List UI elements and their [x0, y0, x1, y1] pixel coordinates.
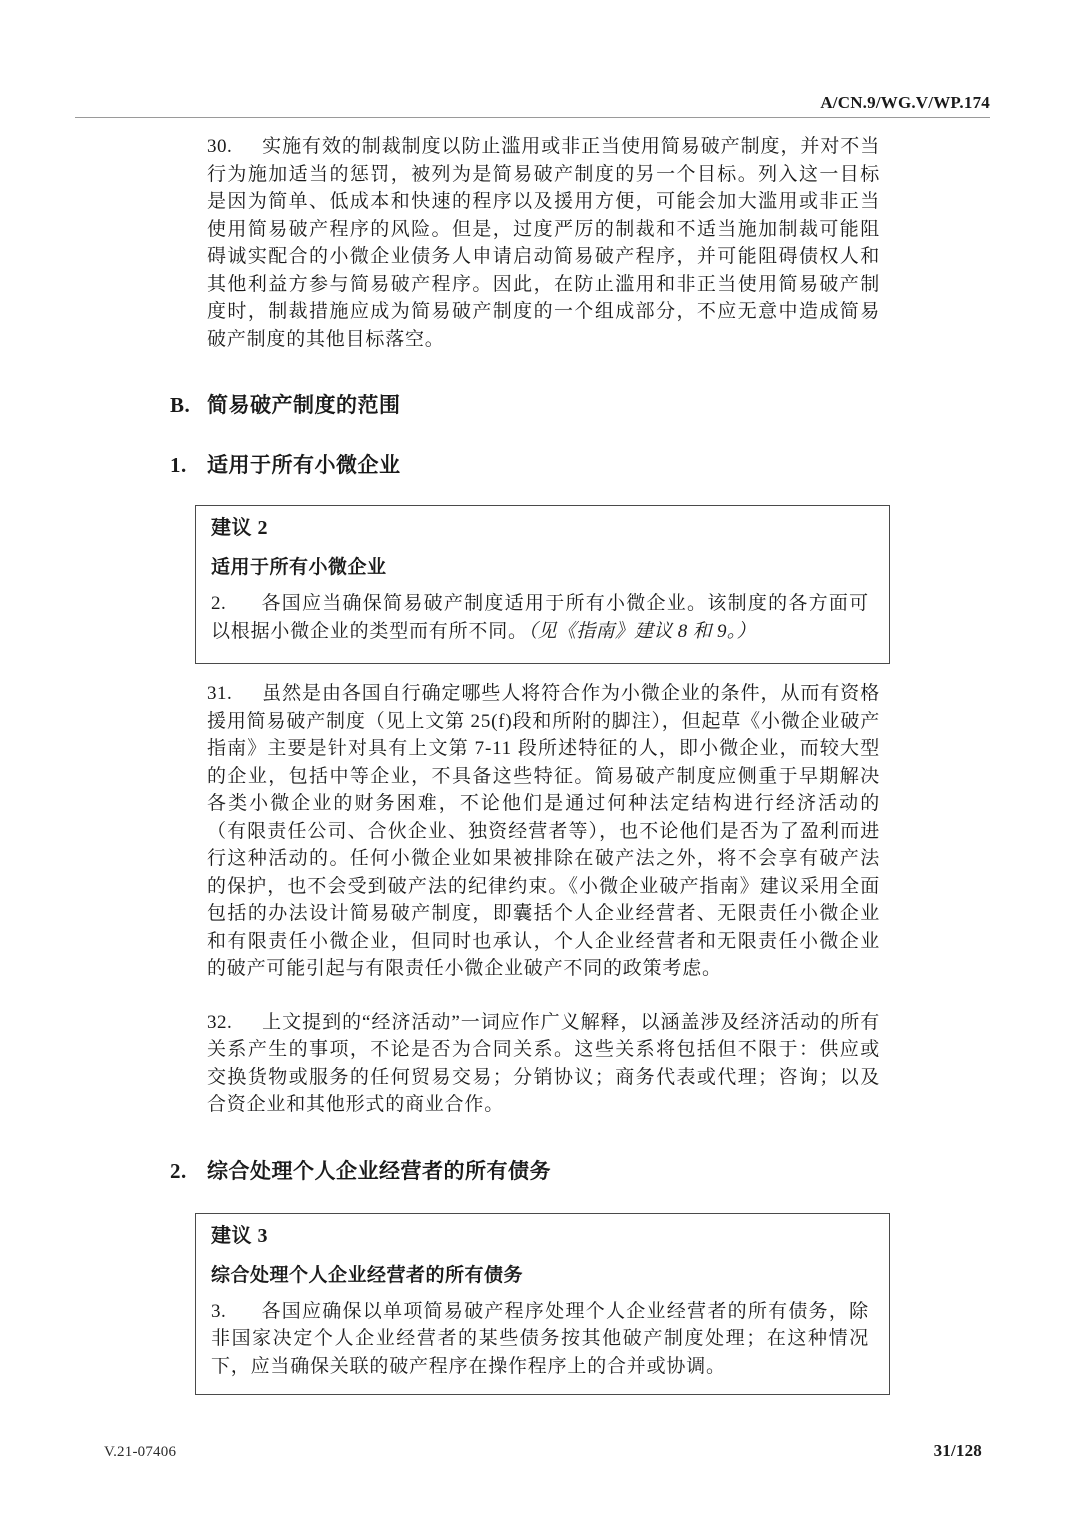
recommendation-2-title: 建议 2 [211, 514, 869, 542]
document-page: A/CN.9/WG.V/WP.174 30.实施有效的制裁制度以防止滥用或非正当… [0, 0, 1080, 1526]
recommendation-2-paragraph: 2.各国应当确保简易破产制度适用于所有小微企业。该制度的各方面可以根据小微企业的… [211, 590, 869, 645]
guide-reference-note: （见《指南》建议 8 和 9。） [528, 621, 756, 642]
paragraph-32: 32.上文提到的“经济活动”一词应作广义解释，以涵盖涉及经济活动的所有关系产生的… [207, 1009, 880, 1119]
paragraph-32-number: 32. [207, 1009, 262, 1037]
subsection-1-heading: 1.适用于所有小微企业 [170, 451, 880, 479]
recommendation-3-number: 3. [211, 1298, 261, 1326]
recommendation-2-box: 建议 2 适用于所有小微企业 2.各国应当确保简易破产制度适用于所有小微企业。该… [195, 505, 890, 664]
subsection-2-label: 2. [170, 1157, 207, 1185]
paragraph-31-number: 31. [207, 680, 262, 708]
section-b-label: B. [170, 391, 207, 419]
header-divider [75, 117, 990, 118]
subsection-2-title: 综合处理个人企业经营者的所有债务 [207, 1159, 551, 1183]
paragraph-30-text: 实施有效的制裁制度以防止滥用或非正当使用简易破产制度，并对不当行为施加适当的惩罚… [207, 136, 880, 350]
subsection-1-label: 1. [170, 451, 207, 479]
paragraph-30-number: 30. [207, 133, 262, 161]
paragraph-32-text: 上文提到的“经济活动”一词应作广义解释，以涵盖涉及经济活动的所有关系产生的事项，… [207, 1012, 880, 1116]
recommendation-3-box: 建议 3 综合处理个人企业经营者的所有债务 3.各国应确保以单项简易破产程序处理… [195, 1213, 890, 1396]
paragraph-31: 31.虽然是由各国自行确定哪些人将符合作为小微企业的条件，从而有资格援用简易破产… [207, 680, 880, 983]
recommendation-2-number: 2. [211, 590, 261, 618]
subsection-2-heading: 2.综合处理个人企业经营者的所有债务 [170, 1157, 880, 1185]
paragraph-31-text: 虽然是由各国自行确定哪些人将符合作为小微企业的条件，从而有资格援用简易破产制度（… [207, 683, 880, 979]
document-body: 30.实施有效的制裁制度以防止滥用或非正当使用简易破产制度，并对不当行为施加适当… [207, 133, 880, 1395]
paragraph-30: 30.实施有效的制裁制度以防止滥用或非正当使用简易破产制度，并对不当行为施加适当… [207, 133, 880, 353]
subsection-1-title: 适用于所有小微企业 [207, 453, 401, 477]
document-number: A/CN.9/WG.V/WP.174 [75, 94, 990, 111]
page-header: A/CN.9/WG.V/WP.174 [75, 0, 990, 118]
recommendation-3-subtitle: 综合处理个人企业经营者的所有债务 [211, 1262, 869, 1290]
recommendation-3-title: 建议 3 [211, 1222, 869, 1250]
recommendation-3-paragraph: 3.各国应确保以单项简易破产程序处理个人企业经营者的所有债务，除非国家决定个人企… [211, 1298, 869, 1381]
page-footer: V.21-07406 31/128 [104, 1441, 982, 1461]
section-b-heading: B.简易破产制度的范围 [170, 391, 880, 419]
recommendation-3-text: 各国应确保以单项简易破产程序处理个人企业经营者的所有债务，除非国家决定个人企业经… [211, 1301, 869, 1377]
page-number: 31/128 [934, 1441, 982, 1461]
document-symbol: V.21-07406 [104, 1444, 176, 1461]
section-b-title: 简易破产制度的范围 [207, 393, 401, 417]
recommendation-2-subtitle: 适用于所有小微企业 [211, 554, 869, 582]
